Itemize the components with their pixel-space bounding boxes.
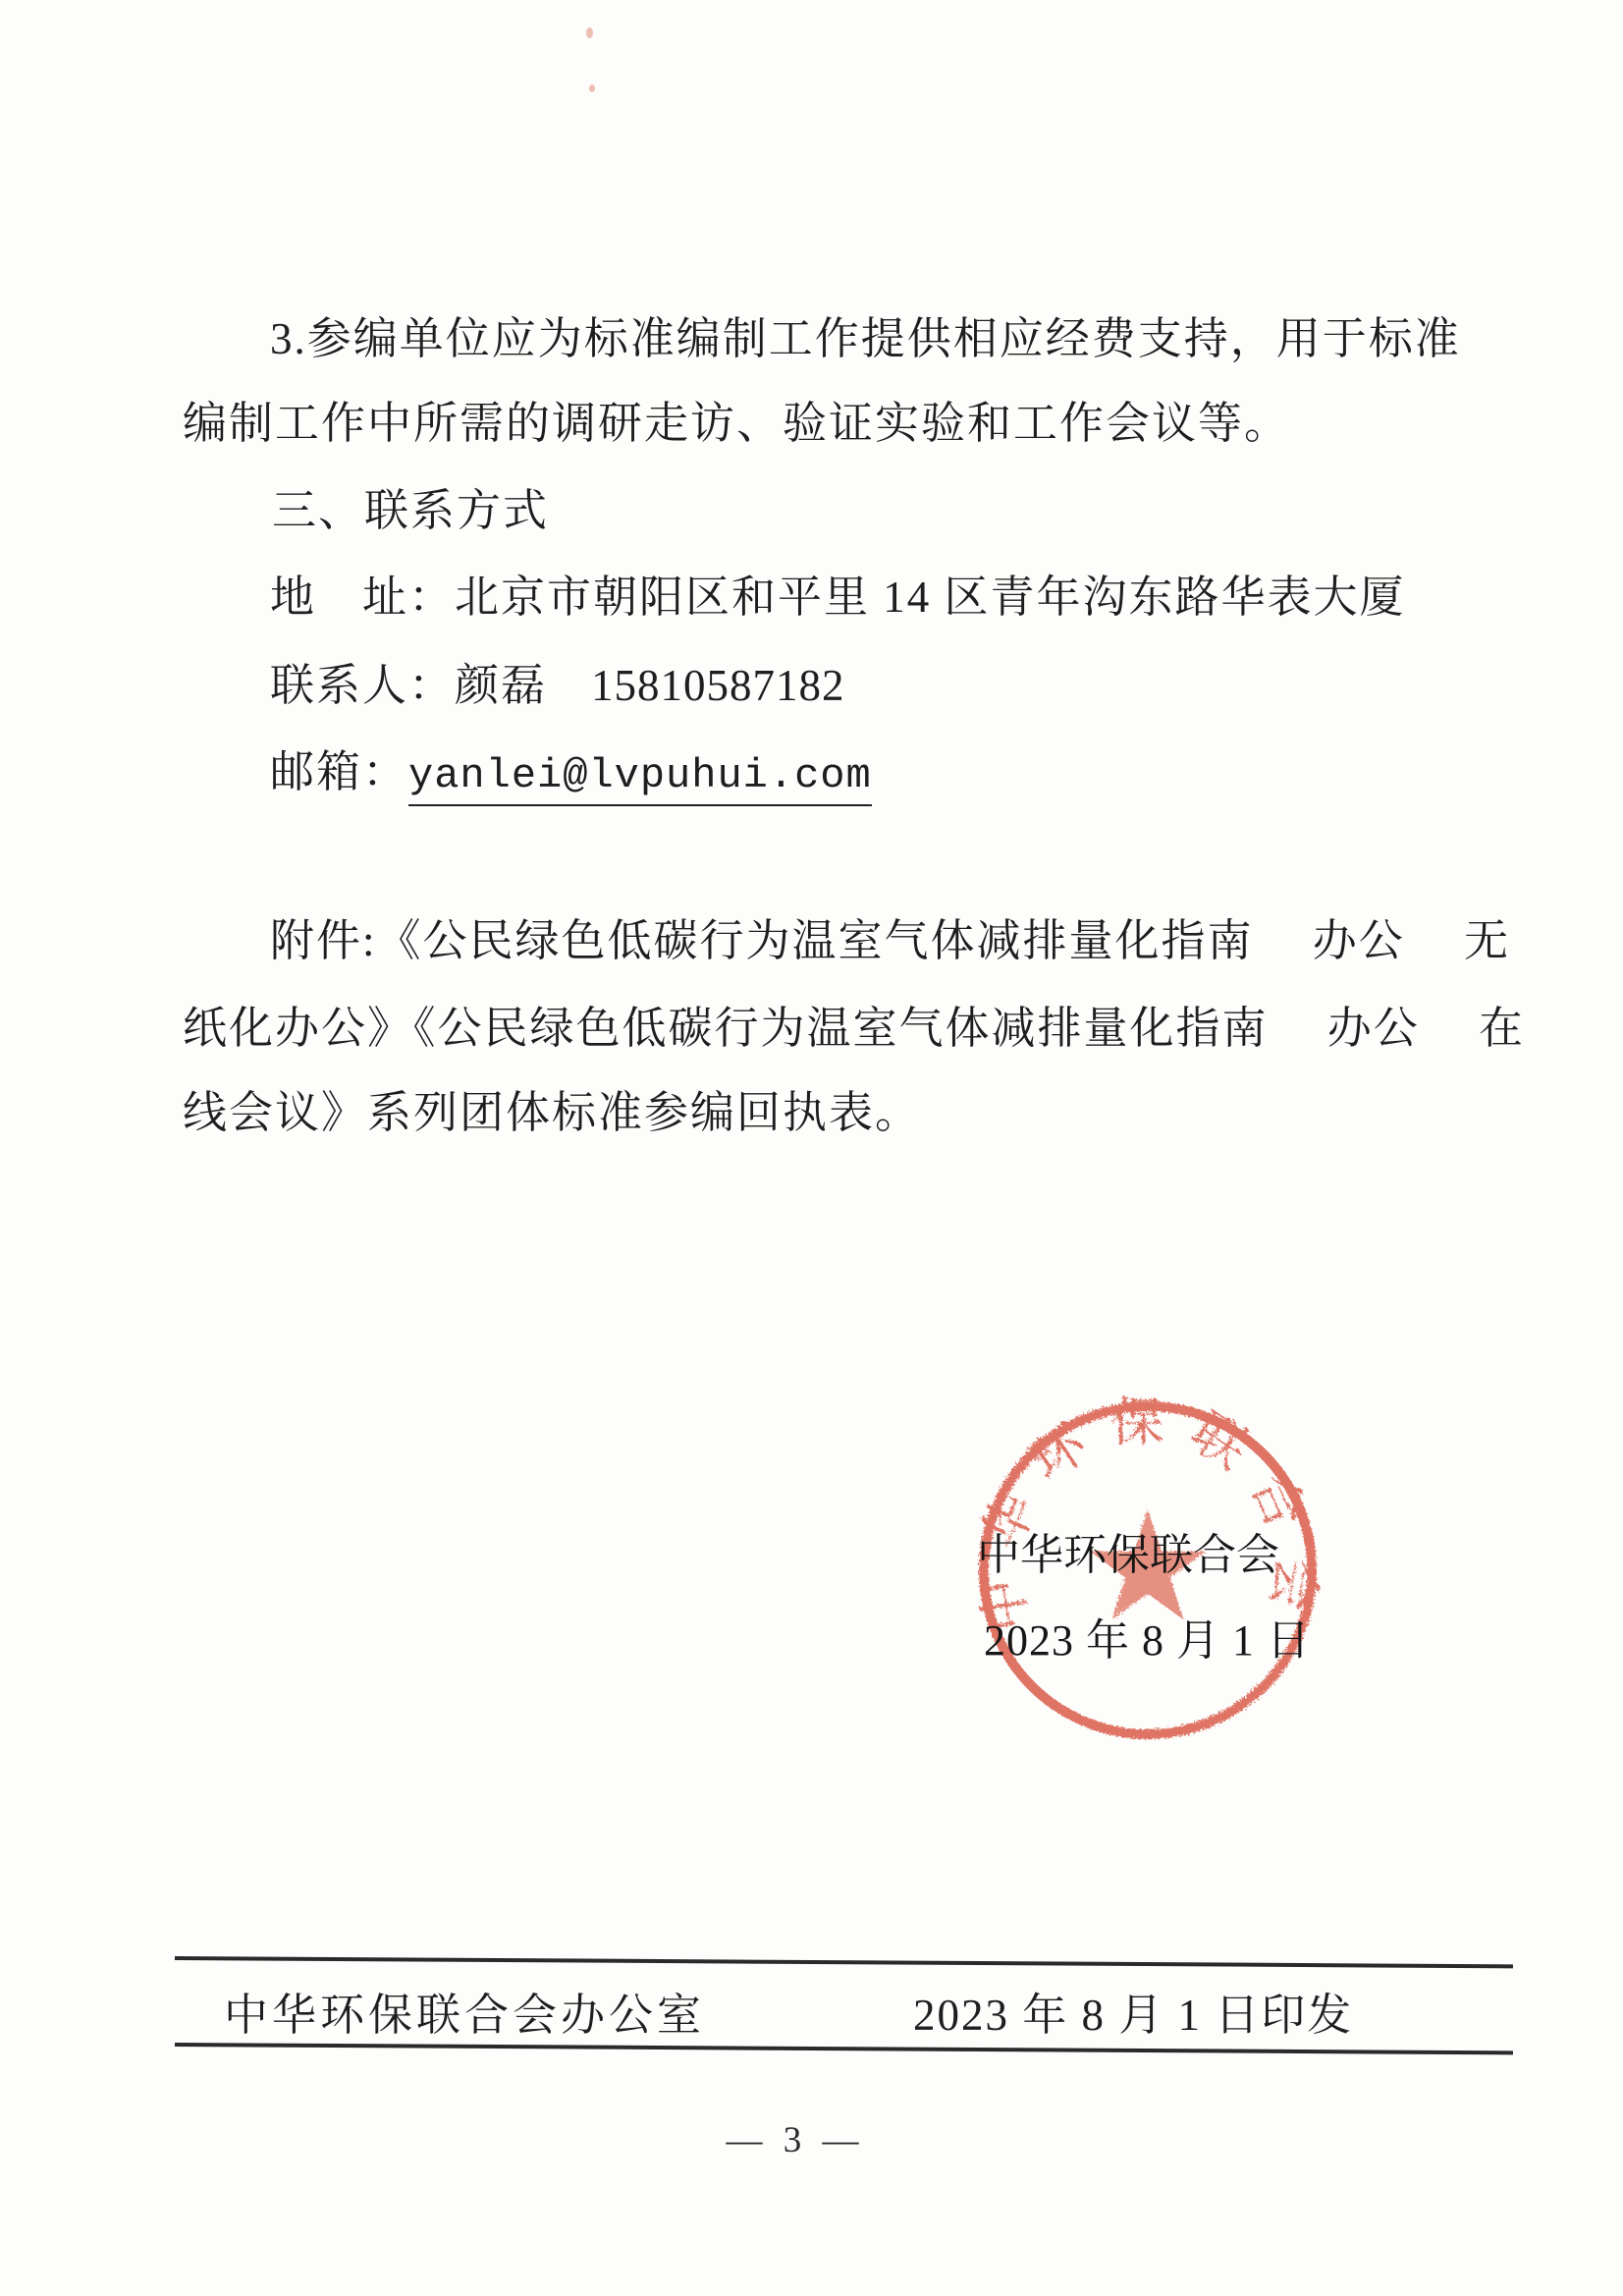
footer-rule-bottom	[175, 2043, 1513, 2054]
page-number: — 3 —	[677, 2119, 913, 2161]
person-value: 颜磊	[455, 661, 547, 710]
address-line: 地 址：北京市朝阳区和平里 14 区青年沟东路华表大厦	[270, 574, 1406, 620]
scanned-document-page: 3.参编单位应为标准编制工作提供相应经费支持，用于标准 编制工作中所需的调研走访…	[0, 0, 1623, 2296]
paragraph3-line1: 3.参编单位应为标准编制工作提供相应经费支持，用于标准	[270, 316, 1461, 361]
footer-rule-top	[175, 1956, 1513, 1968]
attachment-line-3: 线会议》系列团体标准参编回执表。	[183, 1090, 921, 1135]
footer-print-date: 2023 年 8 月 1 日印发	[913, 1979, 1353, 2043]
footer-issuer: 中华环保联合会办公室	[224, 1979, 705, 2043]
section-heading: 三、联系方式	[272, 488, 549, 533]
scan-speck	[589, 84, 595, 92]
scan-speck	[586, 27, 593, 38]
address-label: 地 址：	[270, 573, 455, 622]
signature-date: 2023 年 8 月 1 日	[984, 1605, 1311, 1667]
phone-value: 15810587182	[591, 661, 845, 710]
address-value: 北京市朝阳区和平里 14 区青年沟东路华表大厦	[455, 573, 1406, 622]
signature-org: 中华环保联合会	[977, 1519, 1279, 1582]
email-line: 邮箱：yanlei@lvpuhui.com	[270, 749, 872, 798]
attachment-line-2: 纸化办公》《公民绿色低碳行为温室气体减排量化指南 办公 在	[183, 1006, 1525, 1051]
email-label: 邮箱：	[270, 747, 408, 796]
attachment-line-1: 附件:《公民绿色低碳行为温室气体减排量化指南 办公 无	[270, 918, 1510, 963]
email-value: yanlei@lvpuhui.com	[408, 752, 872, 806]
person-label: 联系人：	[270, 661, 455, 710]
contact-person-line: 联系人：颜磊15810587182	[270, 663, 845, 708]
paragraph3-line2: 编制工作中所需的调研走访、验证实验和工作会议等。	[183, 401, 1290, 446]
